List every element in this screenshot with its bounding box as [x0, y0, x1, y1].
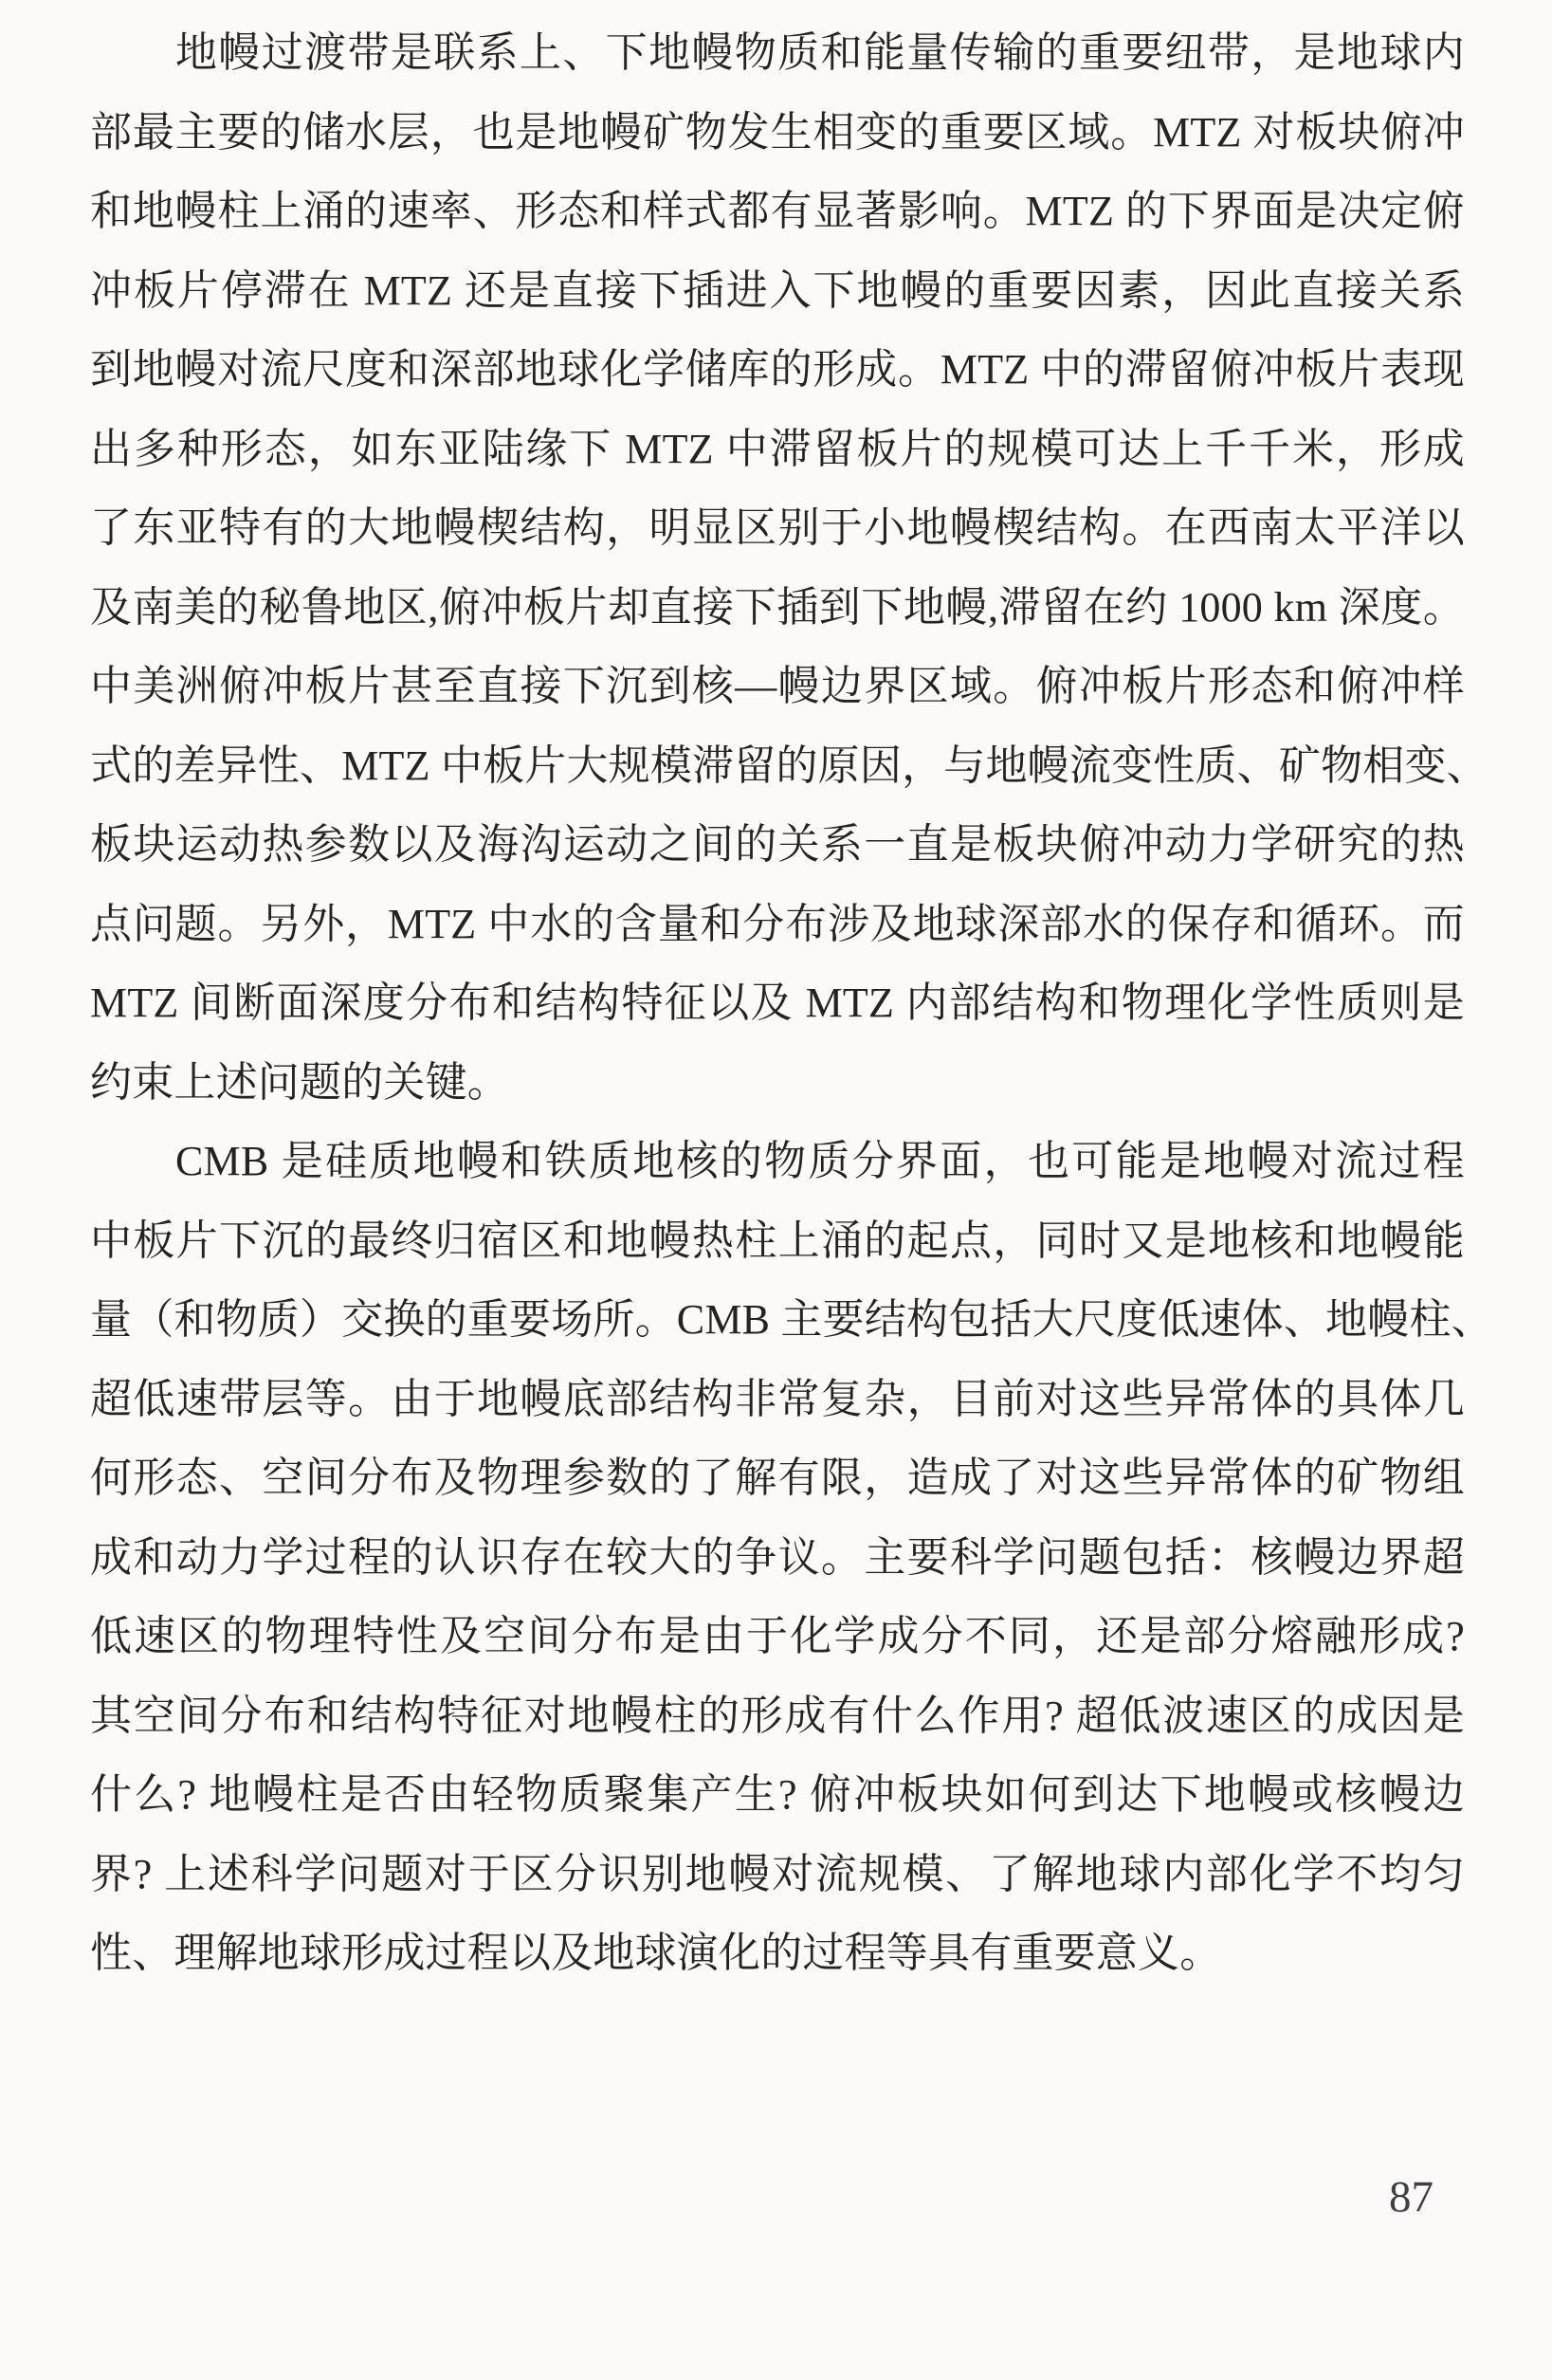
text-line: 中美洲俯冲板片甚至直接下沉到核—幔边界区域。俯冲板片形态和俯冲样: [90, 647, 1465, 726]
text-line: 点问题。另外，MTZ 中水的含量和分布涉及地球深部水的保存和循环。而: [90, 885, 1465, 964]
text-line: 出多种形态，如东亚陆缘下 MTZ 中滞留板片的规模可达上千千米，形成: [90, 410, 1465, 489]
text-line: 超低速带层等。由于地幔底部结构非常复杂，目前对这些异常体的具体几: [90, 1360, 1465, 1439]
text-line: 中板片下沉的最终归宿区和地幔热柱上涌的起点，同时又是地核和地幔能: [90, 1201, 1465, 1281]
text-line: 板块运动热参数以及海沟运动之间的关系一直是板块俯冲动力学研究的热: [90, 805, 1465, 885]
text-line: 和地幔柱上涌的速率、形态和样式都有显著影响。MTZ 的下界面是决定俯: [90, 172, 1465, 251]
text-line: 何形态、空间分布及物理参数的了解有限，造成了对这些异常体的矿物组: [90, 1438, 1465, 1518]
document-page: 地幔过渡带是联系上、下地幔物质和能量传输的重要纽带，是地球内部最主要的储水层，也…: [0, 0, 1552, 2380]
text-line: 到地幔对流尺度和深部地球化学储库的形成。MTZ 中的滞留俯冲板片表现: [90, 330, 1465, 410]
text-line: 式的差异性、MTZ 中板片大规模滞留的原因，与地幔流变性质、矿物相变、: [90, 726, 1465, 806]
text-line: 约束上述问题的关键。: [90, 1043, 1465, 1123]
paragraph: CMB 是硅质地幔和铁质地核的物质分界面，也可能是地幔对流过程中板片下沉的最终归…: [90, 1122, 1465, 1993]
text-line: 性、理解地球形成过程以及地球演化的过程等具有重要意义。: [90, 1913, 1465, 1993]
paragraph: 地幔过渡带是联系上、下地幔物质和能量传输的重要纽带，是地球内部最主要的储水层，也…: [90, 13, 1465, 1122]
text-line: 界? 上述科学问题对于区分识别地幔对流规模、了解地球内部化学不均匀: [90, 1835, 1465, 1914]
text-line: MTZ 间断面深度分布和结构特征以及 MTZ 内部结构和物理化学性质则是: [90, 963, 1465, 1043]
text-line: CMB 是硅质地幔和铁质地核的物质分界面，也可能是地幔对流过程: [90, 1122, 1465, 1201]
text-line: 冲板片停滞在 MTZ 还是直接下插进入下地幔的重要因素，因此直接关系: [90, 251, 1465, 331]
text-line: 低速区的物理特性及空间分布是由于化学成分不同，还是部分熔融形成?: [90, 1597, 1465, 1676]
text-line: 量（和物质）交换的重要场所。CMB 主要结构包括大尺度低速体、地幔柱、: [90, 1280, 1465, 1360]
text-line: 成和动力学过程的认识存在较大的争议。主要科学问题包括：核幔边界超: [90, 1518, 1465, 1598]
page-number: 87: [1389, 2173, 1433, 2221]
text-line: 及南美的秘鲁地区,俯冲板片却直接下插到下地幔,滞留在约 1000 km 深度。: [90, 568, 1465, 648]
text-block: 地幔过渡带是联系上、下地幔物质和能量传输的重要纽带，是地球内部最主要的储水层，也…: [90, 13, 1465, 1993]
text-line: 其空间分布和结构特征对地幔柱的形成有什么作用? 超低波速区的成因是: [90, 1676, 1465, 1756]
text-line: 部最主要的储水层，也是地幔矿物发生相变的重要区域。MTZ 对板块俯冲: [90, 93, 1465, 173]
text-line: 什么? 地幔柱是否由轻物质聚集产生? 俯冲板块如何到达下地幔或核幔边: [90, 1755, 1465, 1835]
text-line: 地幔过渡带是联系上、下地幔物质和能量传输的重要纽带，是地球内: [90, 13, 1465, 93]
text-line: 了东亚特有的大地幔楔结构，明显区别于小地幔楔结构。在西南太平洋以: [90, 488, 1465, 568]
